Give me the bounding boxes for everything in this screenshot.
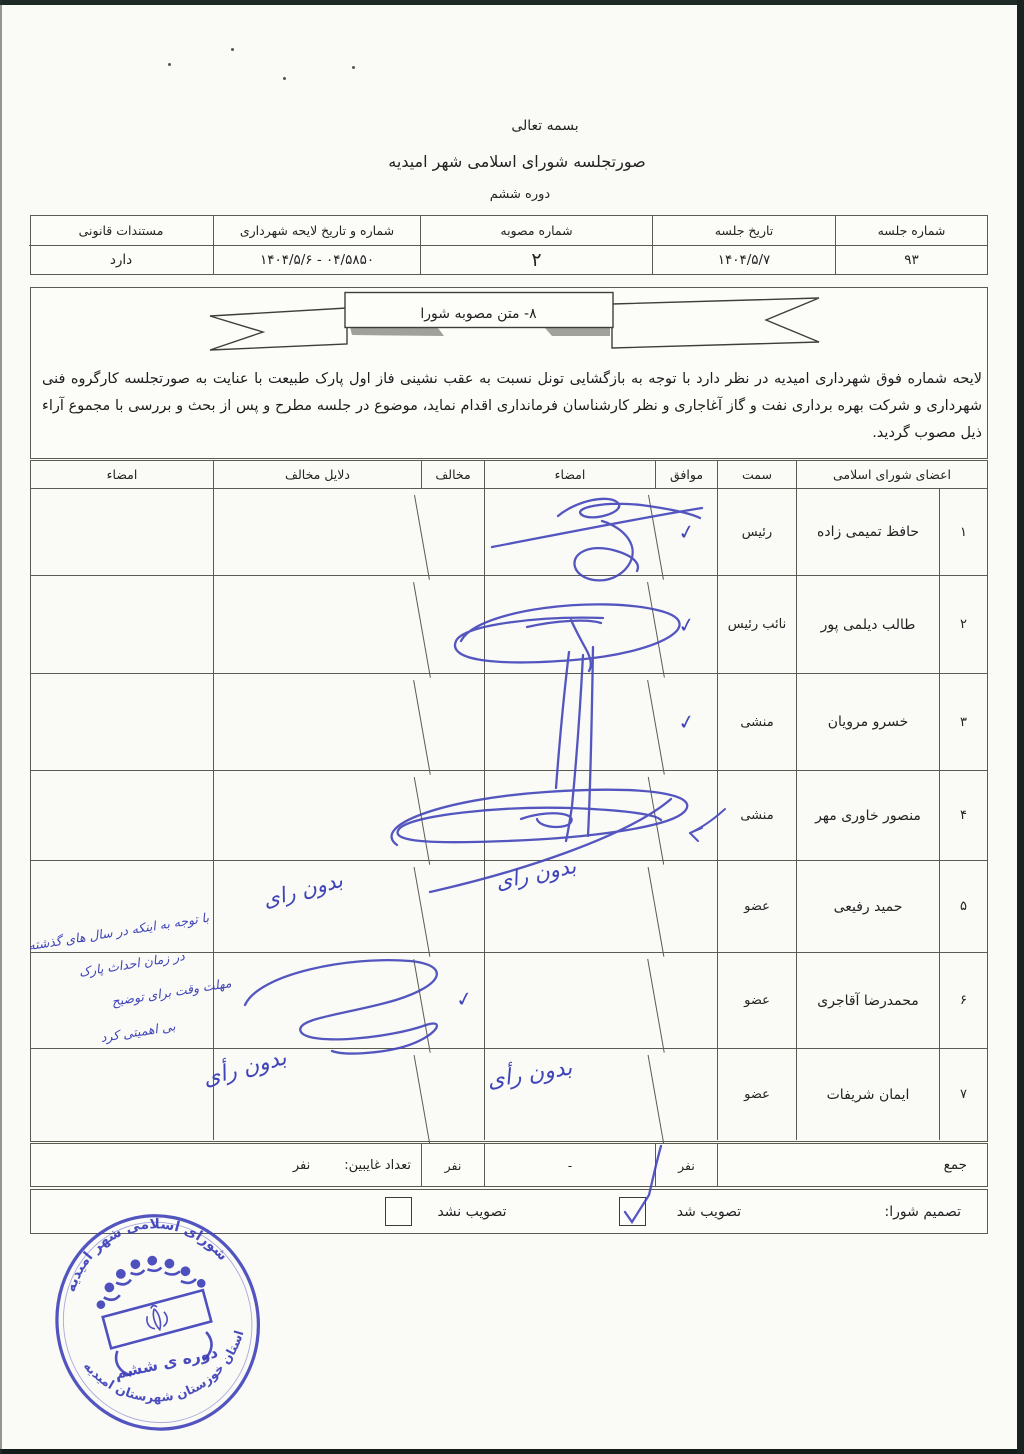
col-header-oppose-reasons: دلایل مخالف	[213, 461, 421, 488]
signature-cell-2	[31, 489, 213, 575]
rejected-checkbox	[385, 1197, 412, 1226]
signature-dash: -	[484, 1144, 655, 1186]
oppose-reasons-cell	[213, 576, 421, 673]
agree-checkmark: ✓	[647, 669, 725, 774]
decision-label: تصمیم شورا:	[885, 1190, 961, 1235]
signature-cell	[484, 953, 655, 1048]
signature-cell-2	[31, 861, 213, 952]
scan-edge-top	[0, 0, 1024, 5]
oppose-reasons-cell	[213, 953, 421, 1048]
scan-speck	[168, 63, 171, 66]
member-name: حافظ تمیمی زاده	[796, 489, 939, 575]
member-position: عضو	[717, 953, 796, 1048]
agree-checkmark: ✓	[648, 484, 724, 579]
member-number: ۵	[939, 861, 987, 952]
oppose-count-unit: نفر	[421, 1144, 484, 1186]
signature-cell-2	[31, 674, 213, 770]
signature-cell	[484, 771, 655, 860]
oppose-reasons-cell	[213, 489, 421, 575]
oppose-reasons-cell	[213, 1049, 421, 1140]
member-row: ۳ خسرو مرویان منشی ✓	[31, 674, 987, 771]
signature-cell	[484, 1049, 655, 1140]
signature-cell-2	[31, 953, 213, 1048]
info-header-resolution-no: شماره مصوبه	[420, 216, 652, 246]
info-value-bill-no-date: ۰۴/۵۸۵۰ - ۱۴۰۴/۵/۶	[213, 246, 420, 274]
scan-speck	[283, 77, 286, 80]
member-number: ۱	[939, 489, 987, 575]
signature-cell	[484, 674, 655, 770]
oppose-checkmark	[414, 766, 491, 865]
agree-checkmark	[647, 948, 725, 1052]
totals-label: جمع	[717, 1144, 987, 1186]
member-name: منصور خاوری مهر	[796, 771, 939, 860]
member-row: ۵ حمید رفیعی عضو	[31, 861, 987, 953]
info-value-legal-docs: دارد	[29, 246, 213, 274]
member-name: خسرو مرویان	[796, 674, 939, 770]
rejected-label: تصویب نشد	[423, 1190, 521, 1235]
member-name: حمید رفیعی	[796, 861, 939, 952]
agree-count-unit: نفر	[655, 1144, 717, 1186]
scanned-council-minutes-document: بسمه تعالی صورتجلسه شورای اسلامی شهر امی…	[0, 0, 1024, 1454]
resolution-text: لایحه شماره فوق شهرداری امیدیه در نظر دا…	[42, 366, 982, 447]
signature-cell	[484, 489, 655, 575]
member-name: ایمان شریفات	[796, 1049, 939, 1140]
agree-checkmark	[648, 1044, 725, 1144]
stamp-bottom-text: استان خوزستان شهرستان امیدیه	[79, 1326, 257, 1420]
session-info-table: شماره جلسه تاریخ جلسه شماره مصوبه شماره …	[30, 215, 988, 275]
info-header-legal-docs: مستندات قانونی	[29, 216, 213, 246]
info-header-session-date: تاریخ جلسه	[652, 216, 835, 246]
col-header-position: سمت	[717, 461, 796, 488]
council-stamp: شورای اسلامی شهر امیدیه استان خوزستان شه…	[29, 1190, 288, 1454]
member-name: طالب دیلمی پور	[796, 576, 939, 673]
resolution-banner-label: ۸- متن مصوبه شورا	[345, 297, 612, 332]
col-header-signature-2: امضاء	[31, 461, 213, 488]
info-value-session-no: ۹۳	[835, 246, 987, 274]
absent-label: تعداد غایبین:	[344, 1158, 411, 1173]
member-name: محمدرضا آقاجری	[796, 953, 939, 1048]
oppose-checkmark	[413, 571, 492, 677]
member-position: عضو	[717, 861, 796, 952]
agree-checkmark	[648, 856, 725, 956]
member-number: ۲	[939, 576, 987, 673]
col-header-members: اعضای شورای اسلامی	[796, 461, 987, 488]
member-number: ۳	[939, 674, 987, 770]
member-number: ۷	[939, 1049, 987, 1140]
absent-count-cell: تعداد غایبین: نفر	[31, 1144, 421, 1186]
member-row: ۱ حافظ تمیمی زاده رئیس ✓	[31, 489, 987, 576]
scan-speck	[231, 48, 234, 51]
member-row: ۴ منصور خاوری مهر منشی	[31, 771, 987, 861]
oppose-checkmark	[414, 484, 491, 580]
oppose-reasons-cell	[213, 771, 421, 860]
oppose-checkmark	[414, 1044, 492, 1145]
scan-speck	[352, 66, 355, 69]
member-position: عضو	[717, 1049, 796, 1140]
totals-row: جمع نفر - نفر تعداد غایبین: نفر	[30, 1143, 988, 1187]
signature-cell	[484, 576, 655, 673]
col-header-signature: امضاء	[484, 461, 655, 488]
signature-cell-2	[31, 576, 213, 673]
members-vote-table: اعضای شورای اسلامی سمت موافق امضاء مخالف…	[30, 460, 988, 1142]
svg-text:استان خوزستان شهرستان امیدیه: استان خوزستان شهرستان امیدیه	[79, 1326, 257, 1420]
bismillah-text: بسمه تعالی	[465, 118, 625, 134]
oppose-reasons-cell	[213, 674, 421, 770]
document-title: صورتجلسه شورای اسلامی شهر امیدیه	[302, 152, 732, 171]
info-header-bill-no-date: شماره و تاریخ لایحه شهرداری	[213, 216, 420, 246]
info-value-resolution-no: ۲	[420, 246, 652, 274]
agree-checkmark: ✓	[647, 571, 725, 677]
oppose-checkmark	[413, 669, 492, 774]
signature-cell	[484, 861, 655, 952]
approved-checkbox	[619, 1197, 646, 1226]
scan-edge-left	[0, 0, 2, 1454]
scan-edge-right	[1017, 0, 1024, 1454]
member-position: منشی	[717, 674, 796, 770]
info-value-session-date: ۱۴۰۴/۵/۷	[652, 246, 835, 274]
oppose-checkmark	[414, 856, 492, 957]
oppose-checkmark: ✓	[413, 948, 492, 1052]
oppose-reasons-cell	[213, 861, 421, 952]
scan-edge-bottom	[0, 1449, 1024, 1454]
term-label: دوره ششم	[450, 187, 590, 202]
member-row: ۷ ایمان شریفات عضو	[31, 1049, 987, 1140]
absent-unit: نفر	[293, 1158, 310, 1173]
member-row: ۶ محمدرضا آقاجری عضو ✓	[31, 953, 987, 1049]
agree-checkmark	[648, 766, 725, 864]
signature-cell-2	[31, 771, 213, 860]
member-number: ۴	[939, 771, 987, 860]
member-row: ۲ طالب دیلمی پور نائب رئیس ✓	[31, 576, 987, 674]
member-position: منشی	[717, 771, 796, 860]
members-table-header: اعضای شورای اسلامی سمت موافق امضاء مخالف…	[31, 461, 987, 489]
member-position: نائب رئیس	[717, 576, 796, 673]
signature-cell-2	[31, 1049, 213, 1140]
approved-label: تصویب شد	[666, 1190, 752, 1235]
member-number: ۶	[939, 953, 987, 1048]
member-position: رئیس	[717, 489, 796, 575]
info-header-session-no: شماره جلسه	[835, 216, 987, 246]
